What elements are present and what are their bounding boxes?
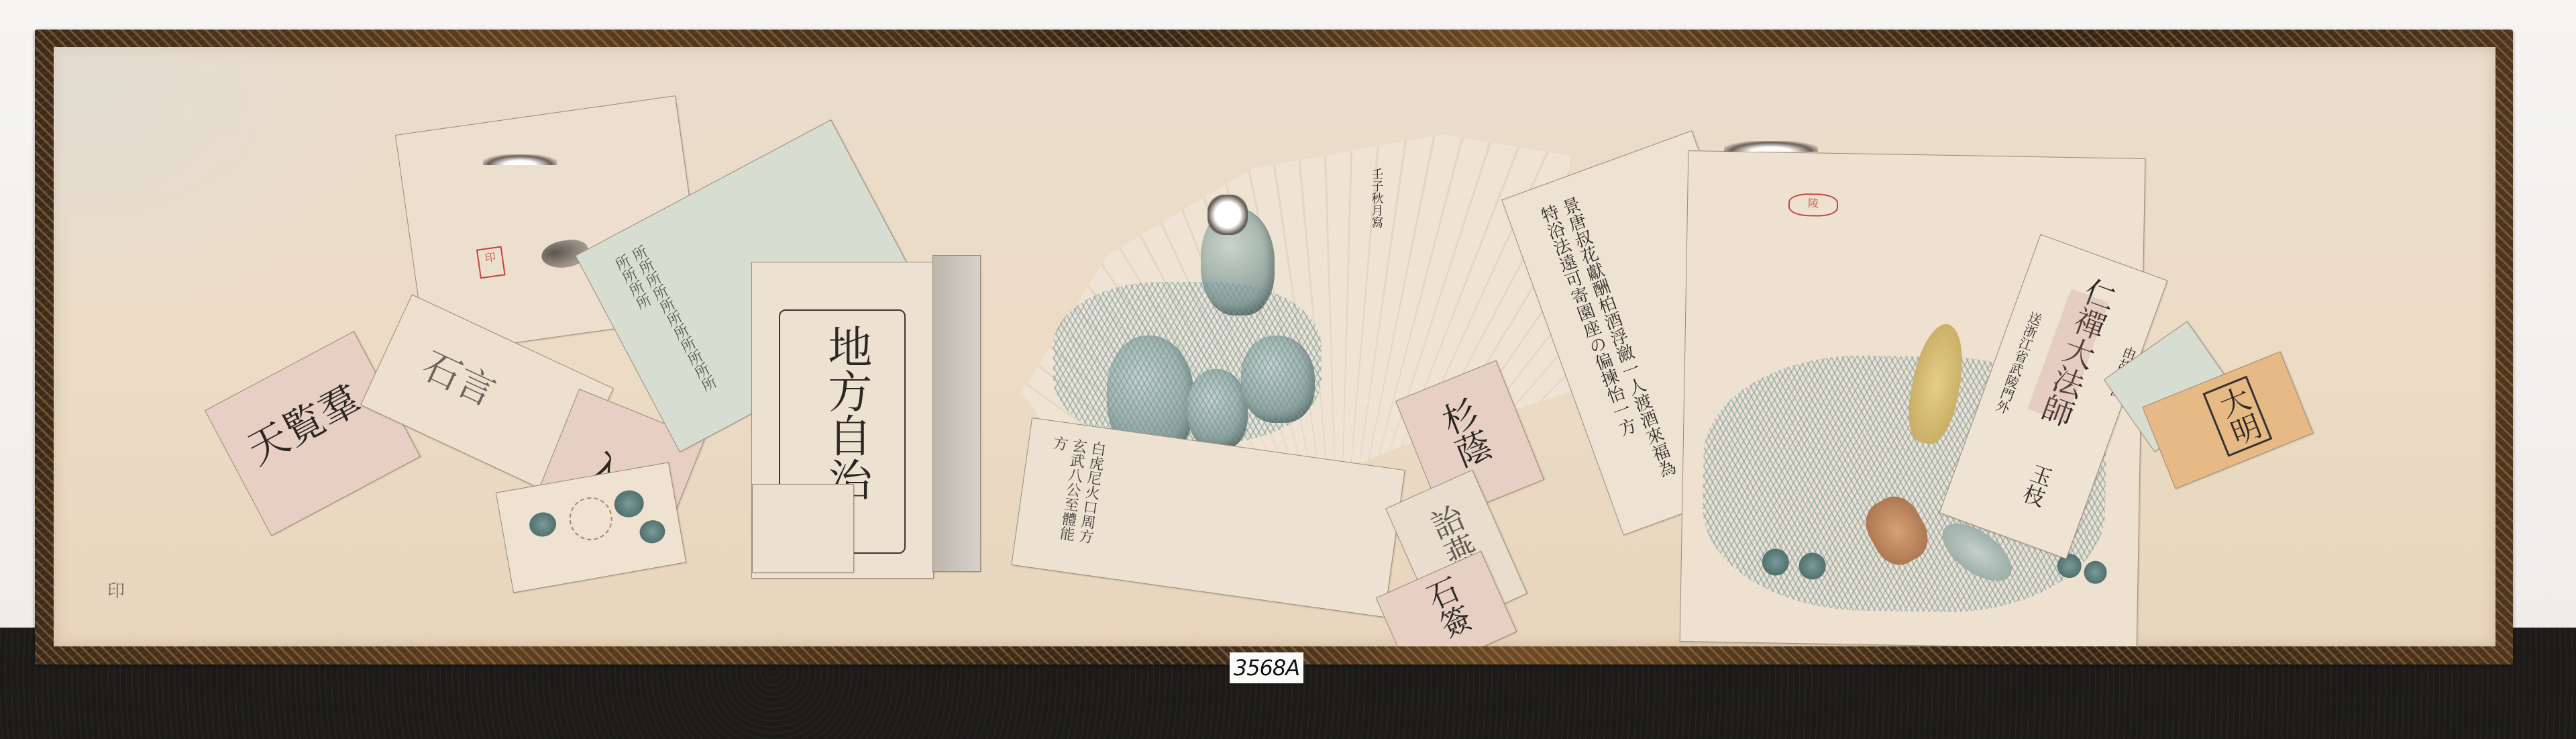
lot-number-tag: 3568A — [1230, 652, 1303, 683]
leaf-icon — [638, 518, 667, 545]
book-title: 地方自治 — [817, 324, 875, 501]
burn-edge — [1724, 141, 1818, 152]
leaf-icon — [527, 510, 558, 538]
left-print-text: 石言 — [415, 336, 505, 417]
orange-tile-text: 大明 — [2202, 376, 2272, 457]
book-cover: 地方自治 — [751, 262, 934, 579]
seal-bird: 印 — [476, 246, 506, 279]
flower-icon — [566, 494, 616, 544]
center-label-3-text: 石簽 — [1416, 572, 1478, 644]
round-leaf-icon — [2084, 561, 2107, 585]
book-insert — [752, 484, 854, 573]
grass-icon — [1053, 282, 1322, 443]
right-card-sign: 玉枝 — [2016, 460, 2057, 509]
blue-sheet-text: 所所所所所所所所所所所所所所所 — [609, 243, 725, 415]
bottom-left-seal: 印 — [107, 577, 141, 618]
burn-hole — [1207, 195, 1248, 235]
lower-sheet-text: 白虎尼火口周方玄武八公至體能方 — [1034, 434, 1108, 555]
left-tile-text: 天覧羣 — [236, 368, 370, 476]
center-label-1-text: 杉蔭 — [1429, 393, 1497, 475]
fan-inscription: 壬子秋月寫 — [1368, 168, 1384, 248]
leaf-icon — [612, 488, 646, 520]
painting-canvas: 印 天覧羣 石言 入 所所所所所所所所所所所所所所所 地方自治 — [54, 47, 2495, 646]
burn-edge — [483, 154, 557, 165]
right-card-pink-wash — [2028, 289, 2109, 422]
book-spine — [932, 255, 981, 572]
seal-top-right: 陵 — [1788, 193, 1839, 217]
